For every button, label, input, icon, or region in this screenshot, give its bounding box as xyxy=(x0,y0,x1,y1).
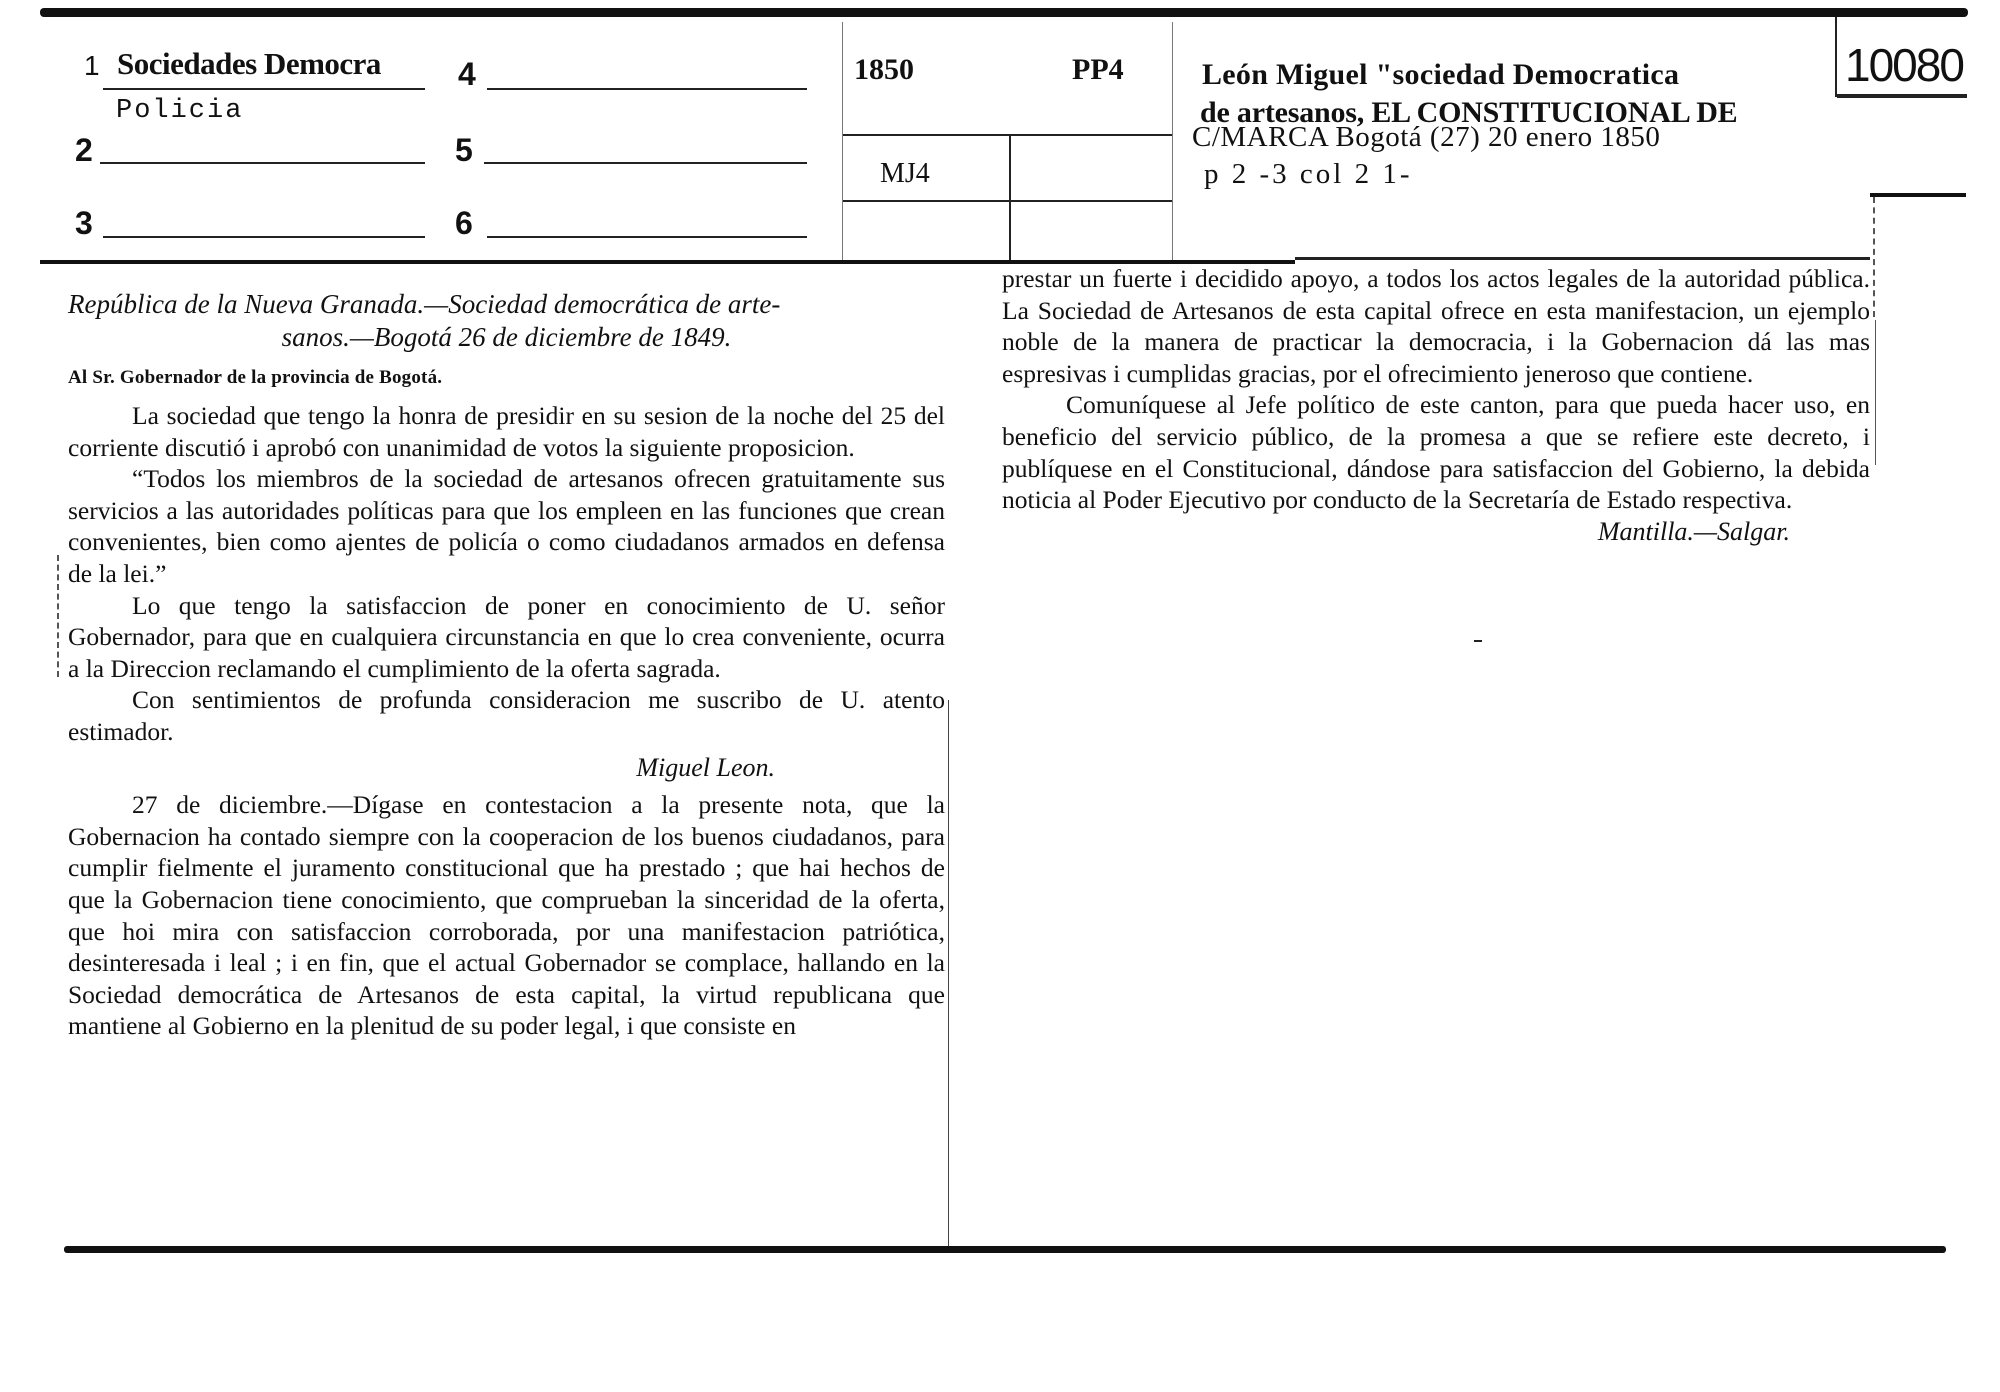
article-right-column: prestar un fuerte i decidido apoyo, a to… xyxy=(1002,263,1870,547)
field-1-subvalue: Policia xyxy=(116,98,243,125)
field-number-3: 3 xyxy=(75,207,93,239)
field-number-2: 2 xyxy=(75,134,93,166)
left-margin-rule xyxy=(57,555,59,677)
paragraph-3: Lo que tengo la satisfaccion de poner en… xyxy=(68,590,945,685)
field-number-4: 4 xyxy=(458,58,476,90)
article-heading-line-1: República de la Nueva Granada.—Sociedad … xyxy=(68,288,945,321)
card-row-line-1 xyxy=(843,134,1173,136)
paragraph-1: La sociedad que tengo la honra de presid… xyxy=(68,400,945,463)
field-4-line xyxy=(487,88,807,90)
signature-mantilla-salgar: Mantilla.—Salgar. xyxy=(1002,516,1870,548)
citation-line-1: León Miguel "sociedad Democratica xyxy=(1202,60,1679,90)
right-paragraph-2: Comuníquese al Jefe político de este can… xyxy=(1002,389,1870,515)
paragraph-quote: “Todos los miembros de la sociedad de ar… xyxy=(68,463,945,589)
right-margin-rule xyxy=(1870,193,1966,197)
field-1-value: Sociedades Democra xyxy=(117,48,381,79)
year: 1850 xyxy=(854,55,914,85)
bottom-rule xyxy=(64,1246,1946,1253)
stamp-number: 10080 xyxy=(1845,42,1963,88)
card-divider-left xyxy=(842,22,843,262)
top-rule xyxy=(40,8,1968,17)
citation-line-3: C/MARCA Bogotá (27) 20 enero 1850 xyxy=(1192,123,1660,152)
column-divider xyxy=(948,700,949,1250)
card-bottom-rule-right xyxy=(1295,257,1870,260)
stamp-border-left xyxy=(1835,17,1837,97)
card-divider-mid xyxy=(1009,136,1011,262)
reply-paragraph: 27 de diciembre.—Dígase en contestacion … xyxy=(68,789,945,1042)
code-bottom: MJ4 xyxy=(880,160,930,188)
field-2-line xyxy=(100,162,425,164)
salutation: Al Sr. Gobernador de la provincia de Bog… xyxy=(68,366,945,390)
right-margin-rule-upper xyxy=(1873,197,1875,317)
field-number-6: 6 xyxy=(455,207,473,239)
field-6-line xyxy=(487,236,807,238)
field-5-line xyxy=(484,162,807,164)
paragraph-4: Con sentimientos de profunda consideraci… xyxy=(68,684,945,747)
stamp-border-bottom xyxy=(1837,94,1967,98)
article-heading-line-2: sanos.—Bogotá 26 de diciembre de 1849. xyxy=(68,321,945,354)
tick-mark xyxy=(1474,640,1482,642)
card-divider-right xyxy=(1172,22,1173,262)
right-margin-rule-lower xyxy=(1875,320,1876,465)
card-row-line-2 xyxy=(843,200,1173,202)
field-number-5: 5 xyxy=(455,134,473,166)
field-3-line xyxy=(103,236,425,238)
signature-miguel-leon: Miguel Leon. xyxy=(68,752,945,784)
right-paragraph-1: prestar un fuerte i decidido apoyo, a to… xyxy=(1002,263,1870,389)
field-1-line xyxy=(103,88,425,90)
field-number-1: 1 xyxy=(84,52,100,80)
code-top: PP4 xyxy=(1072,55,1124,85)
article-left-column: República de la Nueva Granada.—Sociedad … xyxy=(68,288,945,1042)
citation-line-4: p 2 -3 col 2 1- xyxy=(1204,160,1413,189)
